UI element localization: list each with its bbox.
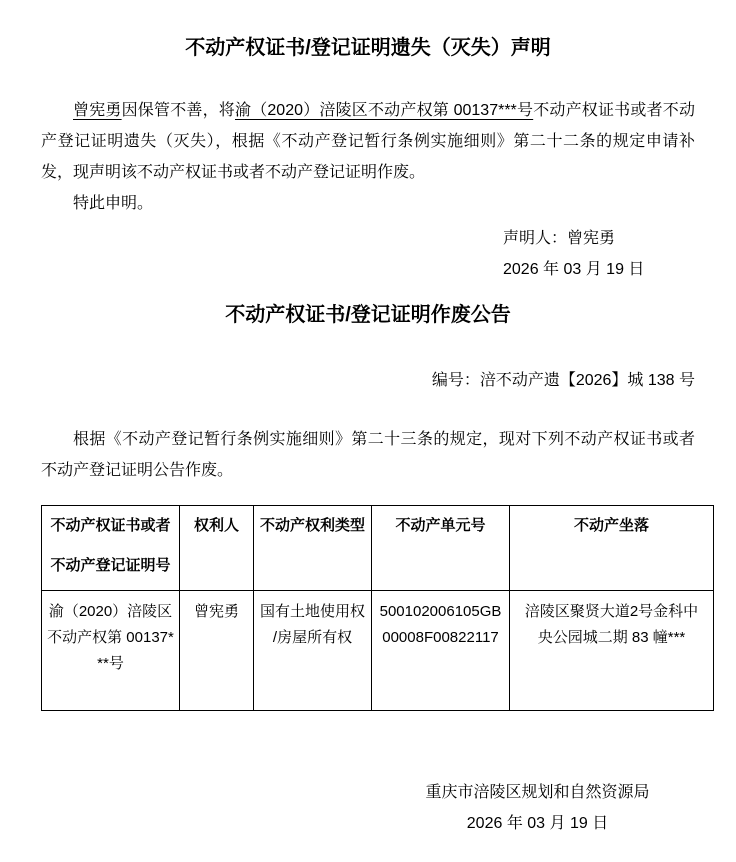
table-header-row: 不动产权证书或者 不动产登记证明号 权利人 不动产权利类型 不动产单元号 不动产… [42,506,714,591]
header-certificate-number: 不动产权证书或者 不动产登记证明号 [42,506,180,591]
issuing-authority: 重庆市涪陵区规划和自然资源局 [380,777,695,808]
notice-date: 2026 年 03 月 19 日 [380,808,695,839]
notice-ref-number: 编号：涪不动产遗【2026】城 138 号 [41,365,695,396]
document-page: 不动产权证书/登记证明遗失（灭失）声明 曾宪勇因保管不善，将渝（2020）涪陵区… [0,0,736,839]
cell-right-holder: 曾宪勇 [180,591,254,711]
certificate-number-underlined: 渝（2020）涪陵区不动产权第 00137***号 [235,102,533,119]
declaration-paragraph: 曾宪勇因保管不善，将渝（2020）涪陵区不动产权第 00137***号不动产权证… [41,95,695,188]
table-row: 渝（2020）涪陵区 不动产权第 00137* **号 曾宪勇 国有土地使用权 … [42,591,714,711]
notice-paragraph: 根据《不动产登记暂行条例实施细则》第二十三条的规定，现对下列不动产权证书或者不动… [41,424,695,486]
notice-footer-block: 重庆市涪陵区规划和自然资源局 2026 年 03 月 19 日 [380,777,695,839]
header-right-holder: 权利人 [180,506,254,591]
declaration-text-mid: 因保管不善，将 [122,102,235,119]
cell-certificate-number: 渝（2020）涪陵区 不动产权第 00137* **号 [42,591,180,711]
cancellation-table: 不动产权证书或者 不动产登记证明号 权利人 不动产权利类型 不动产单元号 不动产… [41,505,714,711]
notice-title: 不动产权证书/登记证明作废公告 [41,301,695,329]
declarant-signature: 声明人：曾宪勇 [503,223,695,254]
declarant-name-underlined: 曾宪勇 [73,102,122,119]
header-right-type: 不动产权利类型 [254,506,372,591]
header-unit-number: 不动产单元号 [372,506,510,591]
declaration-closing: 特此申明。 [41,188,695,219]
header-location: 不动产坐落 [510,506,714,591]
declaration-date: 2026 年 03 月 19 日 [503,254,695,285]
cell-unit-number: 500102006105GB 00008F00822117 [372,591,510,711]
cell-location: 涪陵区聚贤大道2号金科中 央公园城二期 83 幢*** [510,591,714,711]
declaration-title: 不动产权证书/登记证明遗失（灭失）声明 [41,34,695,62]
declaration-signature-block: 声明人：曾宪勇 2026 年 03 月 19 日 [503,223,695,285]
cell-right-type: 国有土地使用权 /房屋所有权 [254,591,372,711]
